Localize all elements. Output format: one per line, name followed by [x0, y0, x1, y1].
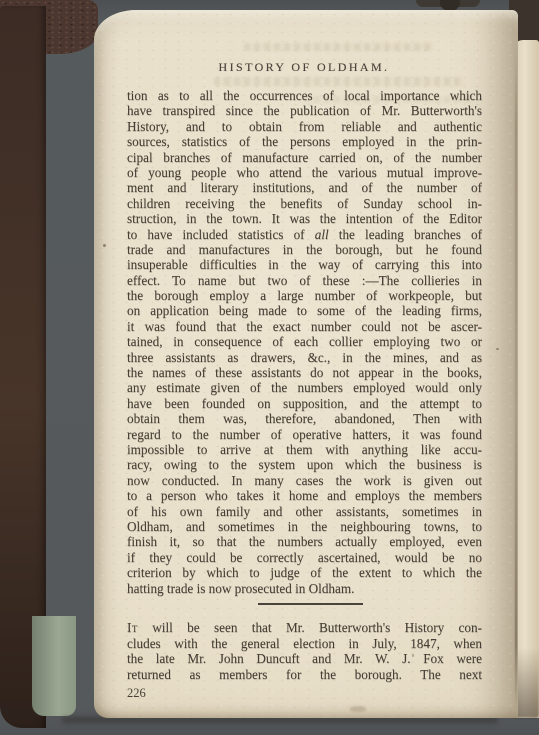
text-line: to have included statistics of all the l… [127, 227, 482, 242]
foxing-speck [103, 244, 106, 247]
text-line: obtain them was, therefore, abandoned, T… [127, 411, 482, 426]
text-line: Oldham, and sometimes in the neighbourin… [127, 519, 482, 534]
body-paragraph: It will be seen that Mr. Butterworth's H… [127, 620, 482, 682]
text-line: tained, in consequence of each collier e… [127, 334, 482, 349]
gutter-crease [515, 45, 517, 710]
text-line: the late Mr. John Duncuft and Mr. W. J. … [127, 651, 482, 667]
text-line: now conducted. In many cases the work is… [127, 473, 482, 488]
foxing-speck [412, 654, 414, 657]
text-line: to a person who takes it home and employ… [127, 488, 482, 503]
page-number: 226 [127, 686, 146, 701]
text-line: tion as to all the occurrences of local … [127, 88, 482, 103]
text-line: returned as members for the borough. The… [127, 667, 482, 683]
text-line: cludes with the general election in July… [127, 636, 482, 652]
text-line: hatting trade is now prosecuted in Oldha… [127, 581, 482, 596]
show-through-smudge [244, 43, 434, 51]
text-line: the names of these assistants do not app… [127, 365, 482, 380]
book-scan-photo: HISTORY OF OLDHAM. tion as to all the oc… [0, 0, 539, 735]
body-paragraph: tion as to all the occurrences of local … [127, 88, 482, 596]
text-line: sources, statistics of the persons emplo… [127, 134, 482, 149]
text-line: It will be seen that Mr. Butterworth's H… [127, 620, 482, 636]
text-line: History, and to obtain from reliable and… [127, 119, 482, 134]
text-line: regard to the number of operative hatter… [127, 427, 482, 442]
show-through-smudge [214, 77, 464, 86]
text-line: of his own family and other assistants, … [127, 504, 482, 519]
book-shadow [62, 717, 498, 726]
text-line: on application being made to some of the… [127, 303, 482, 318]
text-line: ment and literary institutions, and of t… [127, 180, 482, 195]
text-line: effect. To name but two of these :—The c… [127, 273, 482, 288]
text-line: trade and manufactures in the borough, b… [127, 242, 482, 257]
foxing-speck [496, 348, 499, 350]
text-line: have transpired since the publication of… [127, 103, 482, 118]
text-line: criterion by which to judge of the exten… [127, 565, 482, 580]
text-line: cipal branches of manufacture carried on… [127, 150, 482, 165]
text-line: finish it, so that the numbers actually … [127, 534, 482, 549]
text-line: racy, owing to the system upon which the… [127, 457, 482, 472]
section-divider-rule [258, 603, 363, 605]
text-line: the borough employ a large number of wor… [127, 288, 482, 303]
book-page: HISTORY OF OLDHAM. tion as to all the oc… [94, 10, 518, 718]
text-line: impossible to arrive at them with anythi… [127, 442, 482, 457]
text-line: have been founded on supposition, and th… [127, 396, 482, 411]
text-line: of young people who attend the various m… [127, 165, 482, 180]
foxing-speck [350, 706, 366, 712]
text-line: if they could be correctly ascertained, … [127, 550, 482, 565]
text-line: it was found that the exact number could… [127, 319, 482, 334]
running-header: HISTORY OF OLDHAM. [127, 60, 481, 75]
text-line: insuperable difficulties in the way of c… [127, 257, 482, 272]
text-line: children receiving the benefits of Sunda… [127, 196, 482, 211]
page-edge-stack [17, 19, 100, 716]
text-line: three assistants as drawers, &c., in the… [127, 350, 482, 365]
text-line: struction, in the town. It was the inten… [127, 211, 482, 226]
text-line: any estimate given of the numbers employ… [127, 380, 482, 395]
